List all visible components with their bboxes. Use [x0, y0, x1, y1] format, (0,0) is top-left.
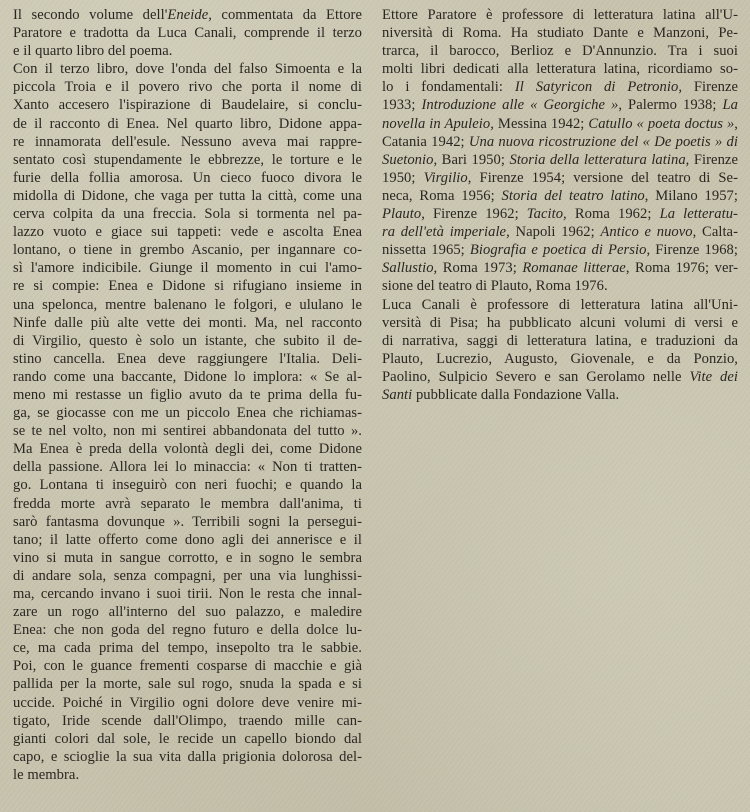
body-text: capo, e scioglie la sua vita dalla prigi…	[13, 749, 362, 765]
body-text: Paratore e tradotta da Luca Canali, comp…	[13, 25, 362, 41]
text-line: meno mi restasse un figlio avuto da te p…	[13, 386, 362, 404]
body-text: niversità di Roma. Ha studiato Dante e M…	[382, 25, 738, 41]
text-line: Ettore Paratore è professore di letterat…	[382, 6, 738, 24]
body-text: , Palermo 1938;	[618, 97, 722, 113]
italic-title-text: Plauto	[382, 206, 421, 222]
body-text: ma, cercando invano i suoi tirii. Non le…	[13, 586, 362, 602]
text-line: go. Lontana ti inseguirò con neri fuochi…	[13, 476, 362, 494]
italic-title-text: Storia della letteratura latina	[509, 152, 685, 168]
bio-paragraph: Luca Canali è professore di letteratura …	[382, 296, 738, 405]
text-line: ma, cercando invano i suoi tirii. Non le…	[13, 585, 362, 603]
text-line: rando come una baccante, Didone lo implo…	[13, 368, 362, 386]
italic-title-text: Eneide	[167, 7, 208, 23]
body-text: cerva colpita da una freccia. Sola si to…	[13, 206, 362, 222]
body-text: , Milano 1957;	[645, 188, 738, 204]
text-line: una spelonca, mentre balenano le folgori…	[13, 296, 362, 314]
text-line: Santi pubblicate dalla Fondazione Valla.	[382, 386, 738, 404]
italic-title-text: Catullo « poeta doctus »	[588, 116, 734, 132]
text-line: Sallustio, Roma 1973; Romanae litterae, …	[382, 259, 738, 277]
text-line: sione del teatro di Plauto, Roma 1976.	[382, 277, 738, 295]
body-text: furie della follia amorosa. Un cieco fuo…	[13, 170, 362, 186]
bio-paragraph: Ettore Paratore è professore di letterat…	[382, 6, 738, 296]
body-text: Xanto accesero l'ispirazione di Baudelai…	[13, 97, 362, 113]
text-line: Il secondo volume dell'Eneide, commentat…	[13, 6, 362, 24]
body-text: ga, se giocasse con me un piccolo Enea c…	[13, 405, 362, 421]
body-text: Paolino, Sulpicio Severo e san Gerolamo …	[382, 369, 689, 385]
body-text: midolla di Didone, che vaga per tutta la…	[13, 188, 362, 204]
body-text: , Calta-	[693, 224, 738, 240]
text-line: versità di Pisa; ha pubblicato alcuni vo…	[382, 314, 738, 332]
body-text: , Bari 1950;	[433, 152, 509, 168]
body-text: Enea: che non goda del regno futuro e de…	[13, 622, 362, 638]
text-line: e il quarto libro del poema.	[13, 42, 362, 60]
body-text: della passione. Allora lei lo minaccia: …	[13, 459, 362, 475]
text-line: Enea: che non goda del regno futuro e de…	[13, 621, 362, 639]
text-line: neca, Roma 1956; Storia del teatro latin…	[382, 187, 738, 205]
text-line: 1950; Virgilio, Firenze 1954; versione d…	[382, 169, 738, 187]
italic-title-text: ra dell'età imperiale	[382, 224, 506, 240]
body-text: Luca Canali è professore di letteratura …	[382, 297, 738, 313]
body-text: Ma Enea è preda della volontà degli dei,…	[13, 441, 362, 457]
body-text: nissetta 1965;	[382, 242, 470, 258]
body-text: de il racconto di Enea. Nel quarto libro…	[13, 116, 362, 132]
text-line: Plauto, Lucrezio, Augusto, Giovenale, e …	[382, 350, 738, 368]
body-text: se te nel volto, non mi sentirei abbando…	[13, 423, 362, 439]
text-line: cerva colpita da una freccia. Sola si to…	[13, 205, 362, 223]
synopsis-paragraph: Con il terzo libro, dove l'onda del fals…	[13, 60, 362, 784]
body-text: Il secondo volume dell'	[13, 7, 167, 23]
text-line: furie della follia amorosa. Un cieco fuo…	[13, 169, 362, 187]
text-line: Ninfe dalle più alte vette dei monti. Ma…	[13, 314, 362, 332]
italic-title-text: Sallustio	[382, 260, 434, 276]
italic-title-text: Antico e nuovo	[600, 224, 692, 240]
body-text: Ettore Paratore è professore di letterat…	[382, 7, 738, 23]
body-text: Con il terzo libro, dove l'onda del fals…	[13, 61, 362, 77]
body-text: sione del teatro di Plauto, Roma 1976.	[382, 278, 608, 294]
body-text: gianti colori dal sole, le recide un cap…	[13, 731, 362, 747]
text-line: di Virgilio, questo è solo un istante, c…	[13, 332, 362, 350]
text-line: re si compie: Enea e Didone si rifugiano…	[13, 277, 362, 295]
text-line: Catania 1942; Una nuova ricostruzione de…	[382, 133, 738, 151]
italic-title-text: Virgilio	[424, 170, 468, 186]
body-text: molti libri dedicati alla letteratura la…	[382, 61, 738, 77]
body-text: Poi, con le guance frementi cosparse di …	[13, 658, 362, 674]
body-text: go. Lontana ti inseguirò con neri fuochi…	[13, 477, 362, 493]
body-text: , Messina 1942;	[490, 116, 588, 132]
text-line: Poi, con le guance frementi cosparse di …	[13, 657, 362, 675]
left-column-synopsis: Il secondo volume dell'Eneide, commentat…	[13, 6, 362, 784]
text-line: sarò fantasma dovunque ». Terribili sogn…	[13, 513, 362, 531]
text-line: Plauto, Firenze 1962; Tacito, Roma 1962;…	[382, 205, 738, 223]
text-line: Luca Canali è professore di letteratura …	[382, 296, 738, 314]
body-text: piccola Troia e il povero rivo che porta…	[13, 79, 362, 95]
body-text: ,	[734, 116, 738, 132]
body-text: sì l'amore indicibile. Giunge il momento…	[13, 260, 362, 276]
book-jacket-page: Il secondo volume dell'Eneide, commentat…	[0, 0, 750, 812]
text-line: Paratore e tradotta da Luca Canali, comp…	[13, 24, 362, 42]
body-text: sarò fantasma dovunque ». Terribili sogn…	[13, 514, 362, 530]
text-line: piccola Troia e il povero rivo che porta…	[13, 78, 362, 96]
text-line: pallida per la morte, sale sul rogo, snu…	[13, 675, 362, 693]
text-line: 1933; Introduzione alle « Georgiche », P…	[382, 96, 738, 114]
body-text: , Napoli 1962;	[506, 224, 600, 240]
italic-title-text: Romanae litterae	[522, 260, 626, 276]
text-line: Paolino, Sulpicio Severo e san Gerolamo …	[382, 368, 738, 386]
text-line: Xanto accesero l'ispirazione di Baudelai…	[13, 96, 362, 114]
text-line: Con il terzo libro, dove l'onda del fals…	[13, 60, 362, 78]
text-line: lo i fondamentali: Il Satyricon di Petro…	[382, 78, 738, 96]
text-line: fredda morte avrà separato le membra dal…	[13, 495, 362, 513]
text-line: novella in Apuleio, Messina 1942; Catull…	[382, 115, 738, 133]
text-line: ce, ma cada prima del tempo, insepolto t…	[13, 639, 362, 657]
body-text: 1950;	[382, 170, 424, 186]
italic-title-text: Il Satyricon di Petronio	[515, 79, 678, 95]
body-text: re innamorata dell'esule. Nessuno aveva …	[13, 134, 362, 150]
text-line: tigato, Iride scende dall'Olimpo, traend…	[13, 712, 362, 730]
italic-title-text: Santi	[382, 387, 412, 403]
italic-title-text: Vite dei	[689, 369, 738, 385]
text-line: de il racconto di Enea. Nel quarto libro…	[13, 115, 362, 133]
italic-title-text: Una nuova ricostruzione del « De poetis …	[469, 134, 738, 150]
text-line: capo, e scioglie la sua vita dalla prigi…	[13, 748, 362, 766]
body-text: , commentata da Ettore	[208, 7, 362, 23]
body-text: rando come una baccante, Didone lo implo…	[13, 369, 362, 385]
text-line: ra dell'età imperiale, Napoli 1962; Anti…	[382, 223, 738, 241]
body-text: , Firenze 1968;	[646, 242, 738, 258]
body-text: , Roma 1976; ver-	[626, 260, 738, 276]
text-line: niversità di Roma. Ha studiato Dante e M…	[382, 24, 738, 42]
right-column-author-bios: Ettore Paratore è professore di letterat…	[382, 6, 738, 404]
italic-title-text: Suetonio	[382, 152, 433, 168]
text-line: vino si muta in sangue corrotto, e in so…	[13, 549, 362, 567]
text-line: lontano, o tiene in grembo Ascanio, per …	[13, 241, 362, 259]
text-line: di narrativa, saggi di letteratura latin…	[382, 332, 738, 350]
text-line: stino cancella. Enea deve raggiungere l'…	[13, 350, 362, 368]
text-line: se te nel volto, non mi sentirei abbando…	[13, 422, 362, 440]
text-line: sentato così stupendamente le ebbrezze, …	[13, 151, 362, 169]
body-text: neca, Roma 1956;	[382, 188, 502, 204]
body-text: meno mi restasse un figlio avuto da te p…	[13, 387, 362, 403]
text-line: molti libri dedicati alla letteratura la…	[382, 60, 738, 78]
body-text: di andare sola, senza compagni, per una …	[13, 568, 362, 584]
italic-title-text: Tacito	[527, 206, 563, 222]
text-line: zare un rogo all'interno del suo palazzo…	[13, 603, 362, 621]
body-text: , Roma 1973;	[434, 260, 523, 276]
body-text: 1933;	[382, 97, 421, 113]
body-text: lontano, o tiene in grembo Ascanio, per …	[13, 242, 362, 258]
body-text: Ninfe dalle più alte vette dei monti. Ma…	[13, 315, 362, 331]
italic-title-text: La	[722, 97, 738, 113]
body-text: Catania 1942;	[382, 134, 469, 150]
text-line: lazzo vuoto e giace sui tappeti: vede e …	[13, 223, 362, 241]
text-line: Suetonio, Bari 1950; Storia della letter…	[382, 151, 738, 169]
text-line: sì l'amore indicibile. Giunge il momento…	[13, 259, 362, 277]
body-text: stino cancella. Enea deve raggiungere l'…	[13, 351, 362, 367]
body-text: le membra.	[13, 767, 79, 783]
text-line: della passione. Allora lei lo minaccia: …	[13, 458, 362, 476]
body-text: vino si muta in sangue corrotto, e in so…	[13, 550, 362, 566]
text-line: re innamorata dell'esule. Nessuno aveva …	[13, 133, 362, 151]
body-text: re si compie: Enea e Didone si rifugiano…	[13, 278, 362, 294]
body-text: pubblicate dalla Fondazione Valla.	[412, 387, 619, 403]
text-line: Ma Enea è preda della volontà degli dei,…	[13, 440, 362, 458]
body-text: Plauto, Lucrezio, Augusto, Giovenale, e …	[382, 351, 738, 367]
text-line: gianti colori dal sole, le recide un cap…	[13, 730, 362, 748]
text-line: midolla di Didone, che vaga per tutta la…	[13, 187, 362, 205]
text-line: trarca, il barocco, Berlioz e D'Annunzio…	[382, 42, 738, 60]
body-text: versità di Pisa; ha pubblicato alcuni vo…	[382, 315, 738, 331]
text-line: uccide. Poiché in Virgilio ogni dolore d…	[13, 694, 362, 712]
body-text: , Firenze	[678, 79, 738, 95]
italic-title-text: Storia del teatro latino	[502, 188, 645, 204]
body-text: , Roma 1962;	[563, 206, 660, 222]
body-text: sentato così stupendamente le ebbrezze, …	[13, 152, 362, 168]
text-line: di andare sola, senza compagni, per una …	[13, 567, 362, 585]
body-text: trarca, il barocco, Berlioz e D'Annunzio…	[382, 43, 738, 59]
text-line: le membra.	[13, 766, 362, 784]
body-text: , Firenze 1954; versione del teatro di S…	[468, 170, 738, 186]
body-text: tigato, Iride scende dall'Olimpo, traend…	[13, 713, 362, 729]
text-line: ga, se giocasse con me un piccolo Enea c…	[13, 404, 362, 422]
body-text: fredda morte avrà separato le membra dal…	[13, 496, 362, 512]
body-text: , Firenze 1962;	[421, 206, 527, 222]
body-text: , Firenze	[686, 152, 738, 168]
body-text: ce, ma cada prima del tempo, insepolto t…	[13, 640, 362, 656]
body-text: di Virgilio, questo è solo un istante, c…	[13, 333, 362, 349]
body-text: di narrativa, saggi di letteratura latin…	[382, 333, 738, 349]
body-text: pallida per la morte, sale sul rogo, snu…	[13, 676, 362, 692]
body-text: lo i fondamentali:	[382, 79, 515, 95]
body-text: tano; il latte offerto come dono agli de…	[13, 532, 362, 548]
italic-title-text: Biografia e poetica di Persio	[470, 242, 647, 258]
body-text: e il quarto libro del poema.	[13, 43, 172, 59]
body-text: una spelonca, mentre balenano le folgori…	[13, 297, 362, 313]
italic-title-text: novella in Apuleio	[382, 116, 490, 132]
synopsis-paragraph: Il secondo volume dell'Eneide, commentat…	[13, 6, 362, 60]
italic-title-text: Introduzione alle « Georgiche »	[421, 97, 618, 113]
body-text: lazzo vuoto e giace sui tappeti: vede e …	[13, 224, 362, 240]
text-line: nissetta 1965; Biografia e poetica di Pe…	[382, 241, 738, 259]
body-text: zare un rogo all'interno del suo palazzo…	[13, 604, 362, 620]
text-line: tano; il latte offerto come dono agli de…	[13, 531, 362, 549]
italic-title-text: La letteratu-	[660, 206, 738, 222]
body-text: uccide. Poiché in Virgilio ogni dolore d…	[13, 695, 362, 711]
